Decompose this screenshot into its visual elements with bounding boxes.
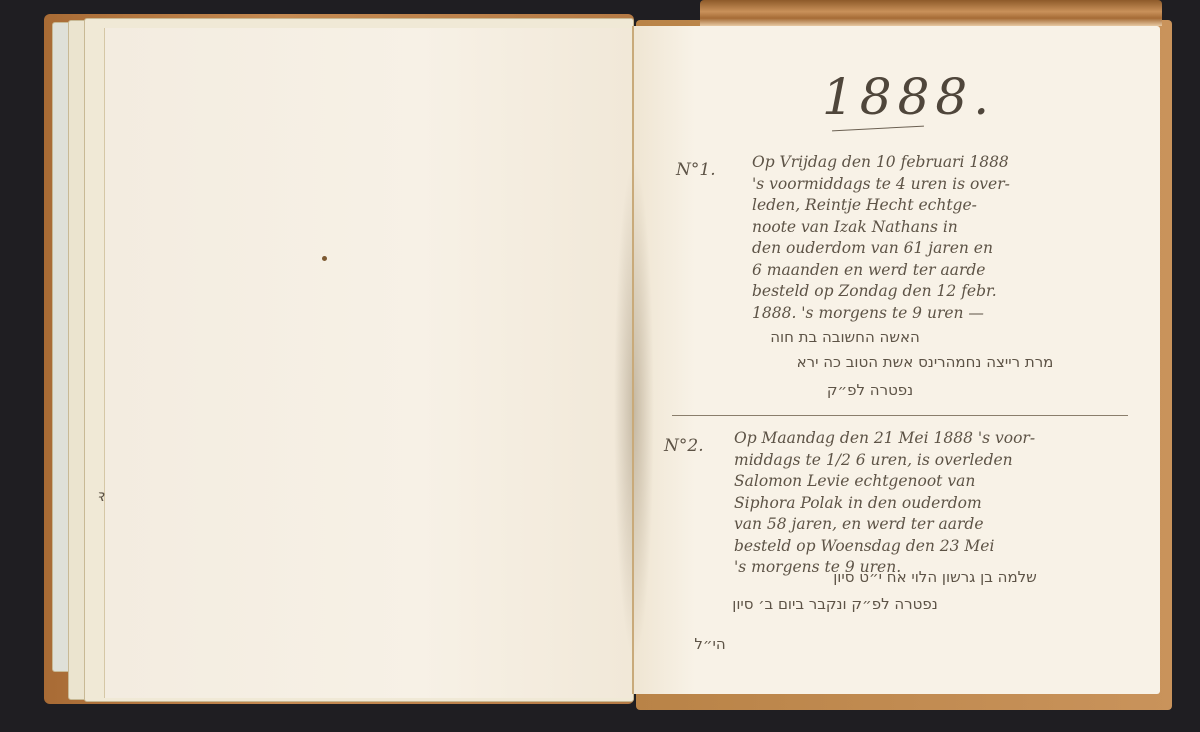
hebrew-line: נפטרה לפ״ק <box>800 378 940 403</box>
hebrew-line: נפטרה לפ״ק ונקבר ביום ב׳ סיון <box>680 592 990 617</box>
text-line: Op Maandag den 21 Mei 1888 's voor- <box>734 428 1134 450</box>
text-line: Siphora Polak in den ouderdom <box>734 493 1134 515</box>
text-line: Op Vrijdag den 10 februari 1888 <box>752 152 1137 174</box>
entry-number: N°2. <box>664 436 704 456</box>
entry-number: N°1. <box>676 160 716 180</box>
book-spine <box>632 26 634 694</box>
left-page <box>104 28 631 698</box>
text-line: leden, Reintje Hecht echtge- <box>752 195 1137 217</box>
text-line: noote van Izak Nathans in <box>752 217 1137 239</box>
text-line: 6 maanden en werd ter aarde <box>752 260 1137 282</box>
entry-text: Op Maandag den 21 Mei 1888 's voor- midd… <box>734 428 1134 579</box>
hebrew-line: שלמה בן גרשון הלוי אח י״ט סיון <box>740 565 1130 590</box>
text-line: besteld op Woensdag den 23 Mei <box>734 536 1134 558</box>
text-line: van 58 jaren, en werd ter aarde <box>734 514 1134 536</box>
text-line: besteld op Zondag den 12 febr. <box>752 281 1137 303</box>
hebrew-line: האשה החשובה בת חוה <box>730 325 960 350</box>
text-line: middags te 1/2 6 uren, is overleden <box>734 450 1134 472</box>
ink-spot <box>322 256 327 261</box>
entry-text: Op Vrijdag den 10 februari 1888 's voorm… <box>752 152 1137 324</box>
text-line: den ouderdom van 61 jaren en <box>752 238 1137 260</box>
hebrew-line: הי״ל <box>680 632 740 657</box>
spine-foxing <box>614 160 654 660</box>
text-line: Salomon Levie echtgenoot van <box>734 471 1134 493</box>
entry-divider <box>672 415 1128 416</box>
year-heading: 1888. <box>822 68 995 126</box>
book-cover-top-edge <box>700 0 1162 26</box>
margin-mark: ꝛ <box>96 484 104 506</box>
text-line: 's voormiddags te 4 uren is over- <box>752 174 1137 196</box>
hebrew-line: מרת רייצה נחמהרינס אשת הטוב כה ירא <box>720 350 1130 375</box>
text-line: 1888. 's morgens te 9 uren — <box>752 303 1137 325</box>
